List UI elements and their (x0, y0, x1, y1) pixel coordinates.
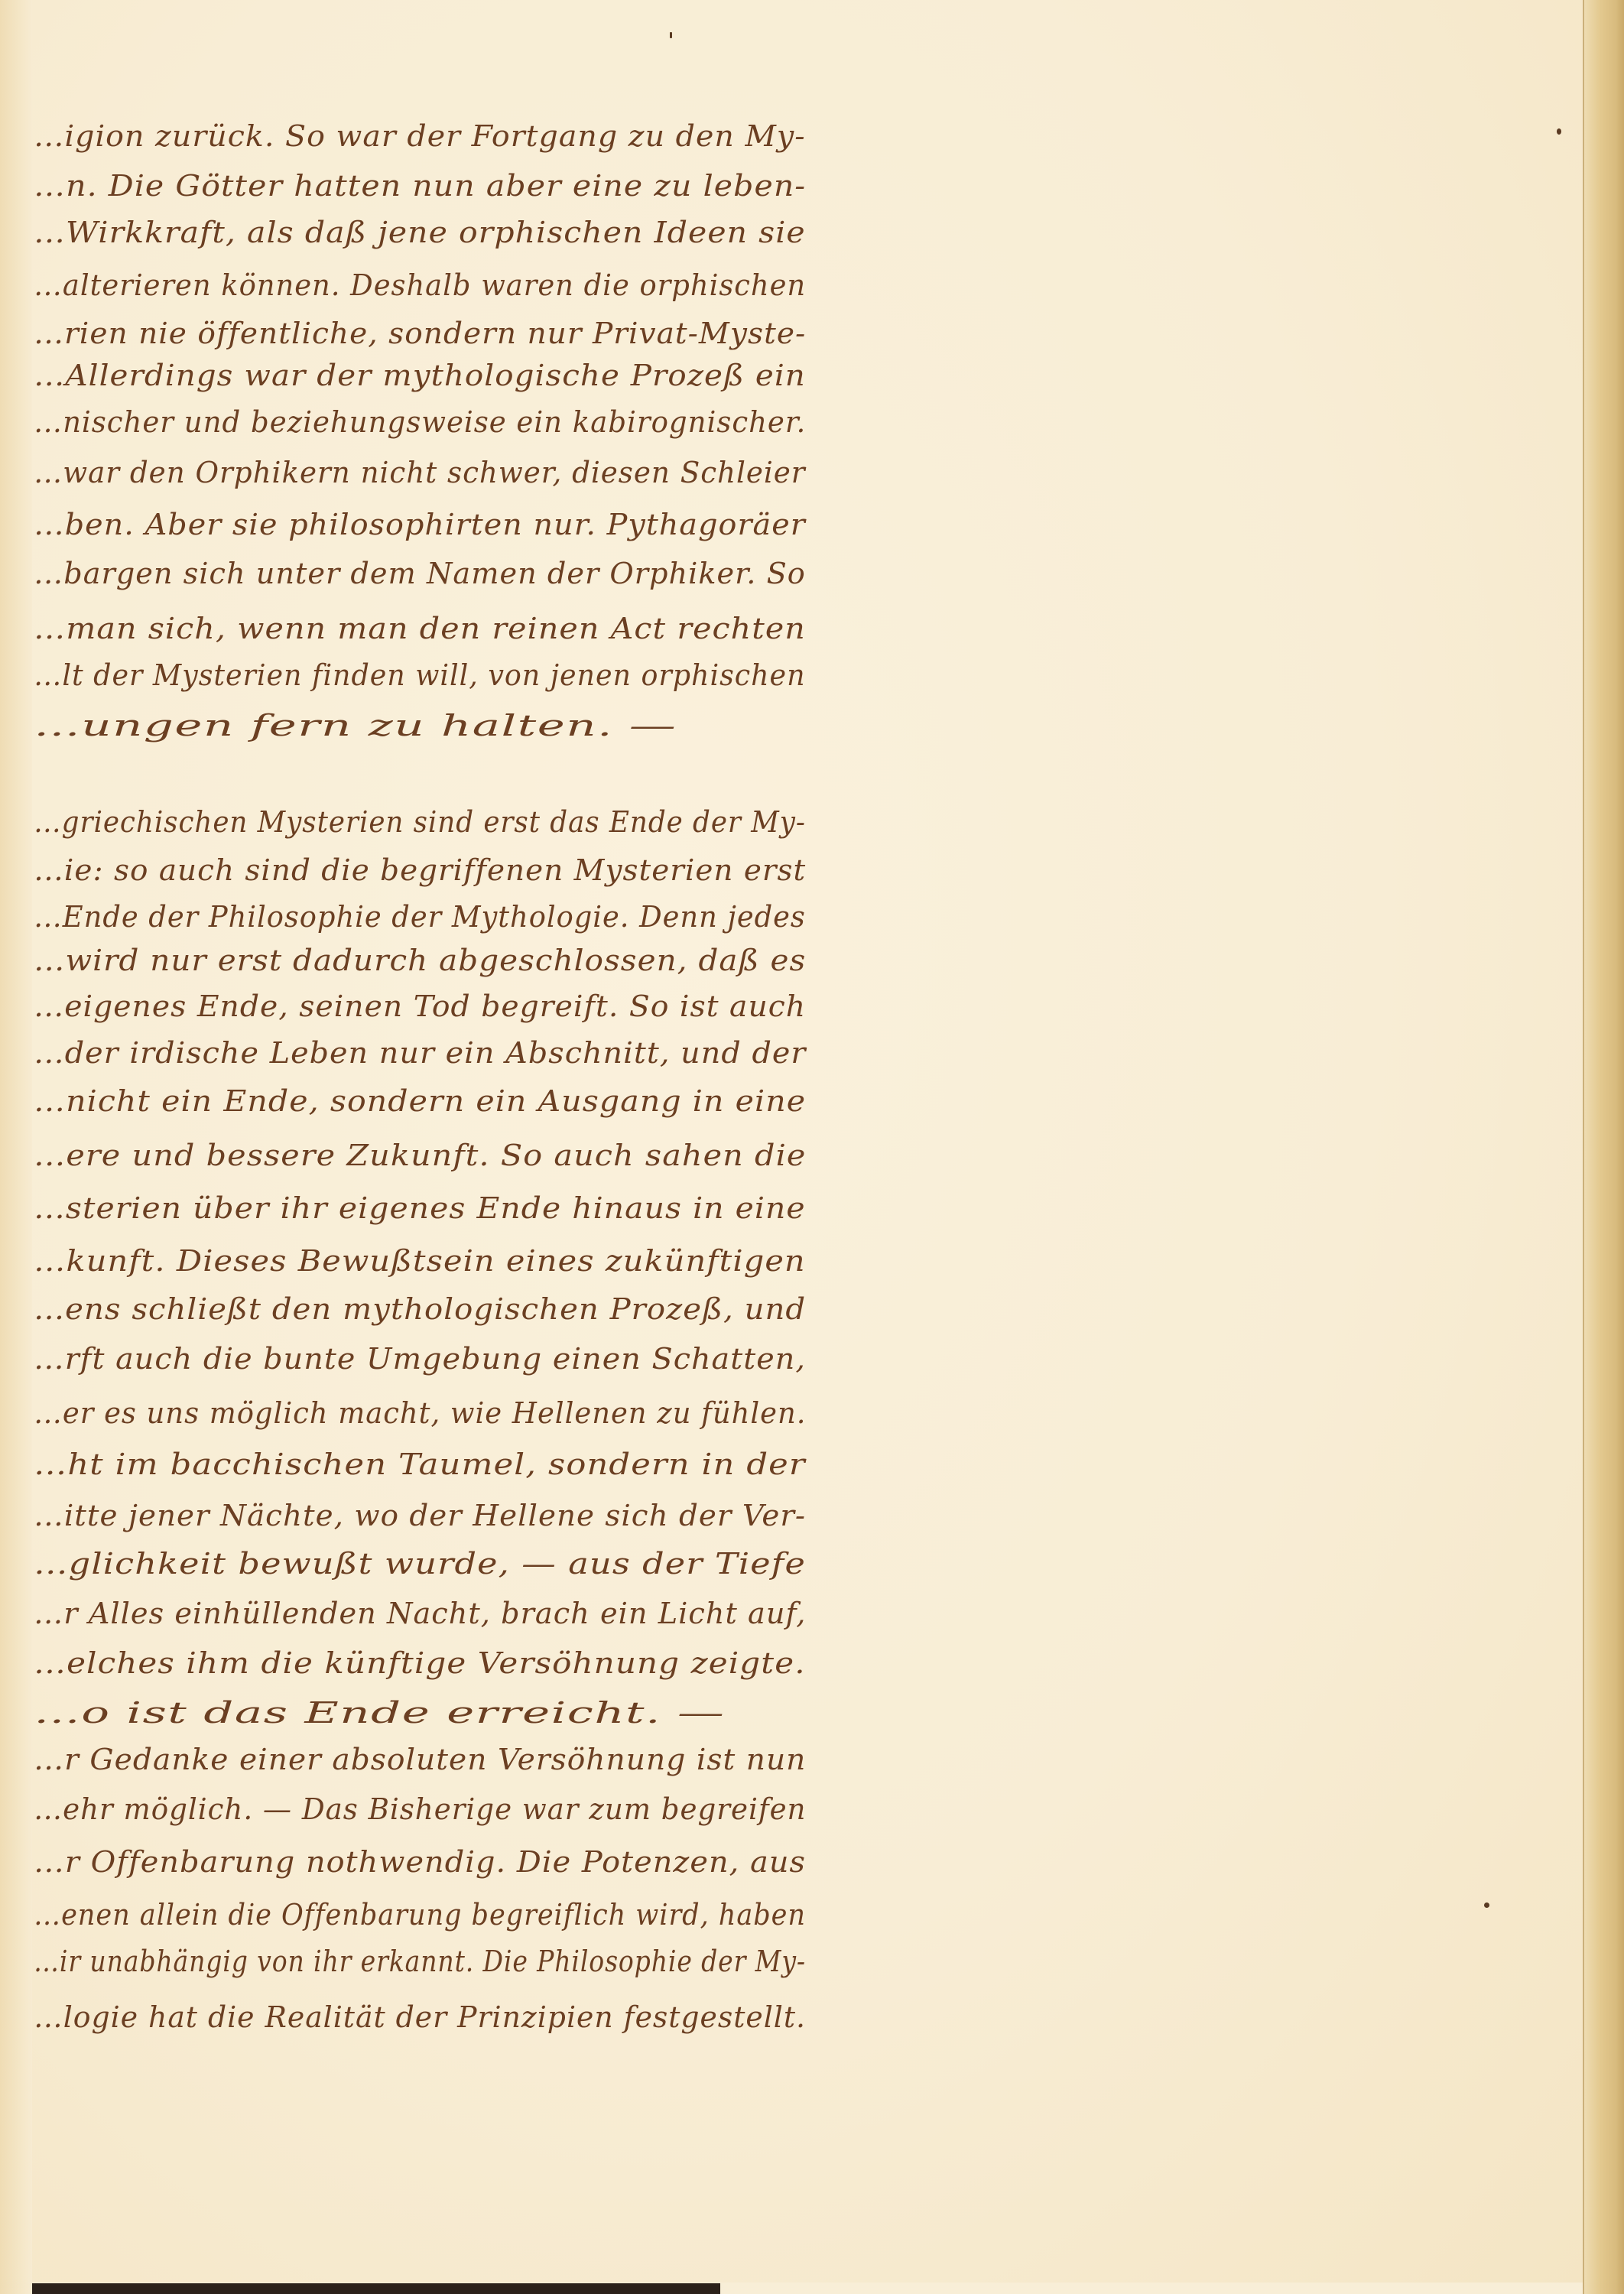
manuscript-line: …n. Die Götter hatten nun aber eine zu l… (34, 169, 806, 203)
manuscript-line: …bargen sich unter dem Namen der Orphike… (34, 557, 806, 590)
manuscript-line: …der irdische Leben nur ein Abschnitt, u… (34, 1036, 806, 1070)
manuscript-line: …eigenes Ende, seinen Tod begreift. So i… (34, 989, 806, 1023)
manuscript-line: …ungen fern zu halten. — (34, 709, 677, 742)
manuscript-line: …Allerdings war der mythologische Prozeß… (34, 359, 806, 392)
manuscript-line: …logie hat die Realität der Prinzipien f… (34, 2000, 806, 2034)
manuscript-line: …war den Orphikern nicht schwer, diesen … (34, 456, 806, 489)
manuscript-line: …sterien über ihr eigenes Ende hinaus in… (34, 1191, 806, 1225)
ink-speck (670, 32, 672, 38)
manuscript-line: …griechischen Mysterien sind erst das En… (34, 805, 806, 839)
ink-speck (1557, 128, 1561, 135)
manuscript-line: …ehr möglich. — Das Bisherige war zum be… (34, 1792, 806, 1826)
manuscript-line: …ere und bessere Zukunft. So auch sahen … (34, 1139, 806, 1172)
manuscript-line: …rien nie öffentliche, sondern nur Priva… (34, 317, 806, 350)
manuscript-line: …elches ihm die künftige Versöhnung zeig… (34, 1646, 806, 1680)
manuscript-line: …man sich, wenn man den reinen Act recht… (34, 612, 806, 645)
manuscript-line: …glichkeit bewußt wurde, — aus der Tiefe (34, 1547, 806, 1581)
manuscript-line: …enen allein die Offenbarung begreiflich… (34, 1898, 806, 1932)
manuscript-line: …r Alles einhüllenden Nacht, brach ein L… (34, 1597, 806, 1630)
manuscript-line: …kunft. Dieses Bewußtsein eines zukünfti… (34, 1244, 806, 1278)
manuscript-line: …o ist das Ende erreicht. — (34, 1696, 725, 1730)
manuscript-line: …Ende der Philosophie der Mythologie. De… (34, 900, 806, 934)
ink-speck (1484, 1902, 1489, 1908)
manuscript-line: …rft auch die bunte Umgebung einen Schat… (34, 1342, 806, 1376)
manuscript-line: …er es uns möglich macht, wie Hellenen z… (34, 1396, 806, 1430)
binding-gutter (0, 0, 32, 2294)
manuscript-line: …alterieren können. Deshalb waren die or… (34, 268, 806, 302)
manuscript-line: …igion zurück. So war der Fortgang zu de… (34, 119, 806, 153)
manuscript-line: …Wirkkraft, als daß jene orphischen Idee… (34, 216, 806, 249)
manuscript-line: …itte jener Nächte, wo der Hellene sich … (34, 1499, 806, 1532)
manuscript-line: …ben. Aber sie philosophirten nur. Pytha… (34, 508, 806, 541)
manuscript-line: …ie: so auch sind die begriffenen Myster… (34, 853, 806, 887)
manuscript-line: …r Offenbarung nothwendig. Die Potenzen,… (34, 1845, 806, 1879)
manuscript-line: …r Gedanke einer absoluten Versöhnung is… (34, 1743, 806, 1776)
page-fore-edge (1583, 0, 1624, 2294)
manuscript-line: …wird nur erst dadurch abgeschlossen, da… (34, 944, 806, 977)
manuscript-line: …ir unabhängig von ihr erkannt. Die Phil… (34, 1945, 806, 1978)
manuscript-line: …nicht ein Ende, sondern ein Ausgang in … (34, 1084, 806, 1118)
manuscript-line: …lt der Mysterien finden will, von jenen… (34, 658, 805, 692)
manuscript-line: …ht im bacchischen Taumel, sondern in de… (34, 1448, 806, 1481)
manuscript-line: …ens schließt den mythologischen Prozeß,… (34, 1292, 806, 1326)
manuscript-line: …nischer und beziehungsweise ein kabirog… (34, 405, 806, 439)
scan-bottom-edge (32, 2283, 720, 2294)
